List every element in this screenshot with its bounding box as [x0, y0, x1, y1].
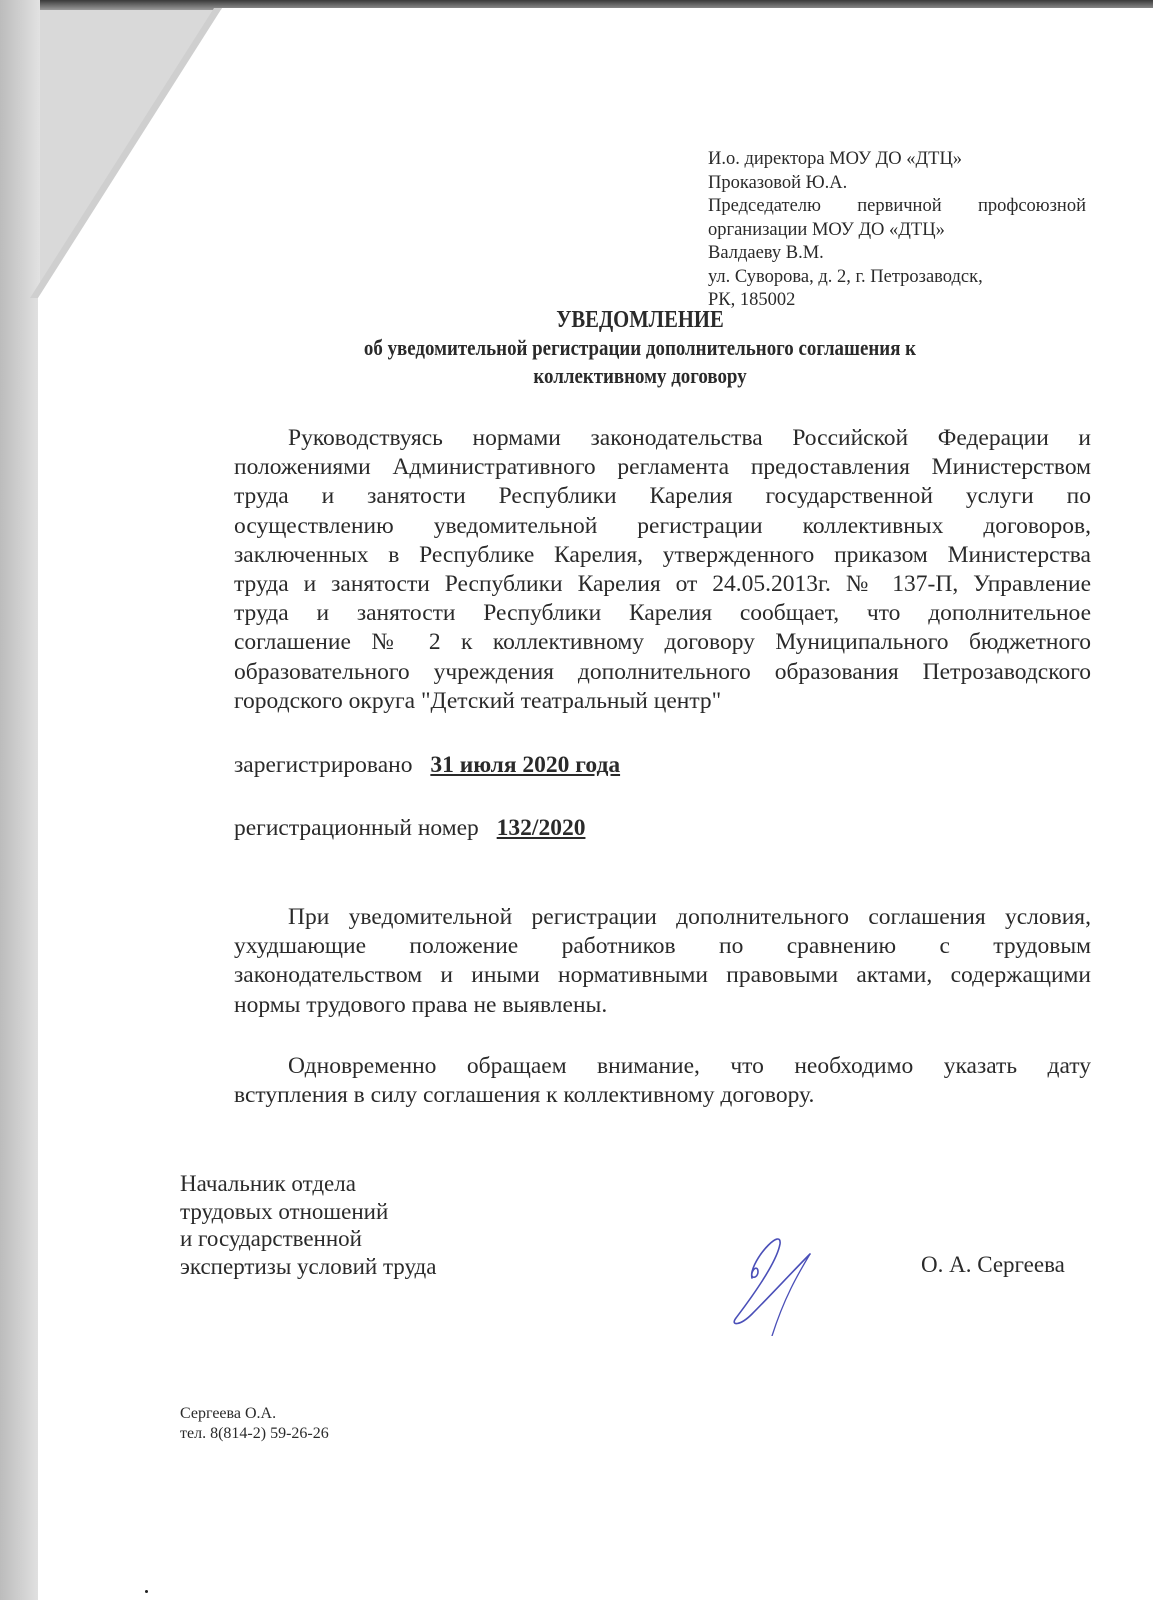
addressee-block: И.о. директора МОУ ДО «ДТЦ» Проказовой Ю…: [708, 148, 1086, 313]
paragraph-line: Одновременно обращаем внимание, что необ…: [180, 1052, 1091, 1081]
paragraph-line: городского округа "Детский театральный ц…: [180, 687, 1091, 716]
position-line: трудовых отношений: [180, 1198, 436, 1226]
paragraph-line: труда и занятости Республики Карелия гос…: [180, 482, 1091, 511]
signatory-name: О. А. Сергеева: [921, 1252, 1065, 1278]
scan-speck: [145, 1590, 148, 1593]
title-sub-line: об уведомительной регистрации дополнител…: [244, 334, 1035, 362]
paragraph-line: нормы трудового права не выявлены.: [180, 991, 1091, 1020]
addressee-line: Председателю первичной профсоюзной: [708, 195, 1086, 219]
paragraph-line: положениями Административного регламента…: [180, 453, 1091, 482]
reg-number-label: регистрационный номер: [234, 815, 479, 841]
contact-block: Сергеева О.А. тел. 8(814-2) 59-26-26: [180, 1404, 329, 1444]
paragraph-main: Руководствуясь нормами законодательства …: [180, 424, 1091, 716]
addressee-line: организации МОУ ДО «ДТЦ»: [708, 219, 1086, 243]
paragraph-findings: При уведомительной регистрации дополните…: [180, 903, 1091, 1020]
registered-date: 31 июля 2020 года: [430, 752, 620, 778]
handwritten-signature-icon: [722, 1218, 818, 1336]
paragraph-line: ухудшающие положение работников по сравн…: [180, 932, 1091, 961]
registered-label: зарегистрировано: [234, 752, 412, 778]
addressee-line: ул. Суворова, д. 2, г. Петрозаводск,: [708, 266, 1086, 290]
title-main: УВЕДОМЛЕНИЕ: [244, 306, 1035, 334]
scan-left-edge: [0, 0, 40, 1600]
contact-phone: тел. 8(814-2) 59-26-26: [180, 1424, 329, 1444]
paragraph-note: Одновременно обращаем внимание, что необ…: [180, 1052, 1091, 1110]
reg-number: 132/2020: [497, 815, 586, 841]
position-line: Начальник отдела: [180, 1170, 436, 1198]
addressee-line: Проказовой Ю.А.: [708, 172, 1086, 196]
contact-name: Сергеева О.А.: [180, 1404, 329, 1424]
position-line: и государственной: [180, 1225, 436, 1253]
paragraph-line: осуществлению уведомительной регистрации…: [180, 512, 1091, 541]
title-sub-line: коллективному договору: [244, 362, 1035, 390]
registration-date-row: зарегистрировано 31 июля 2020 года: [234, 752, 620, 779]
paragraph-line: При уведомительной регистрации дополните…: [180, 903, 1091, 932]
position-line: экспертизы условий труда: [180, 1253, 436, 1281]
addressee-line: И.о. директора МОУ ДО «ДТЦ»: [708, 148, 1086, 172]
paragraph-line: труда и занятости Республики Карелия от …: [180, 570, 1091, 599]
paragraph-line: соглашение № 2 к коллективному договору …: [180, 628, 1091, 657]
addressee-line: Валдаеву В.М.: [708, 242, 1086, 266]
document-title: УВЕДОМЛЕНИЕ об уведомительной регистраци…: [244, 306, 1035, 390]
paragraph-line: законодательством и иными нормативными п…: [180, 961, 1091, 990]
paragraph-line: вступления в силу соглашения к коллектив…: [180, 1081, 1091, 1110]
paragraph-line: заключенных в Республике Карелия, утверж…: [180, 541, 1091, 570]
registration-number-row: регистрационный номер 132/2020: [234, 815, 585, 842]
paragraph-line: Руководствуясь нормами законодательства …: [180, 424, 1091, 453]
paragraph-line: образовательного учреждения дополнительн…: [180, 658, 1091, 687]
paragraph-line: труда и занятости Республики Карелия соо…: [180, 599, 1091, 628]
signatory-position: Начальник отдела трудовых отношений и го…: [180, 1170, 436, 1280]
